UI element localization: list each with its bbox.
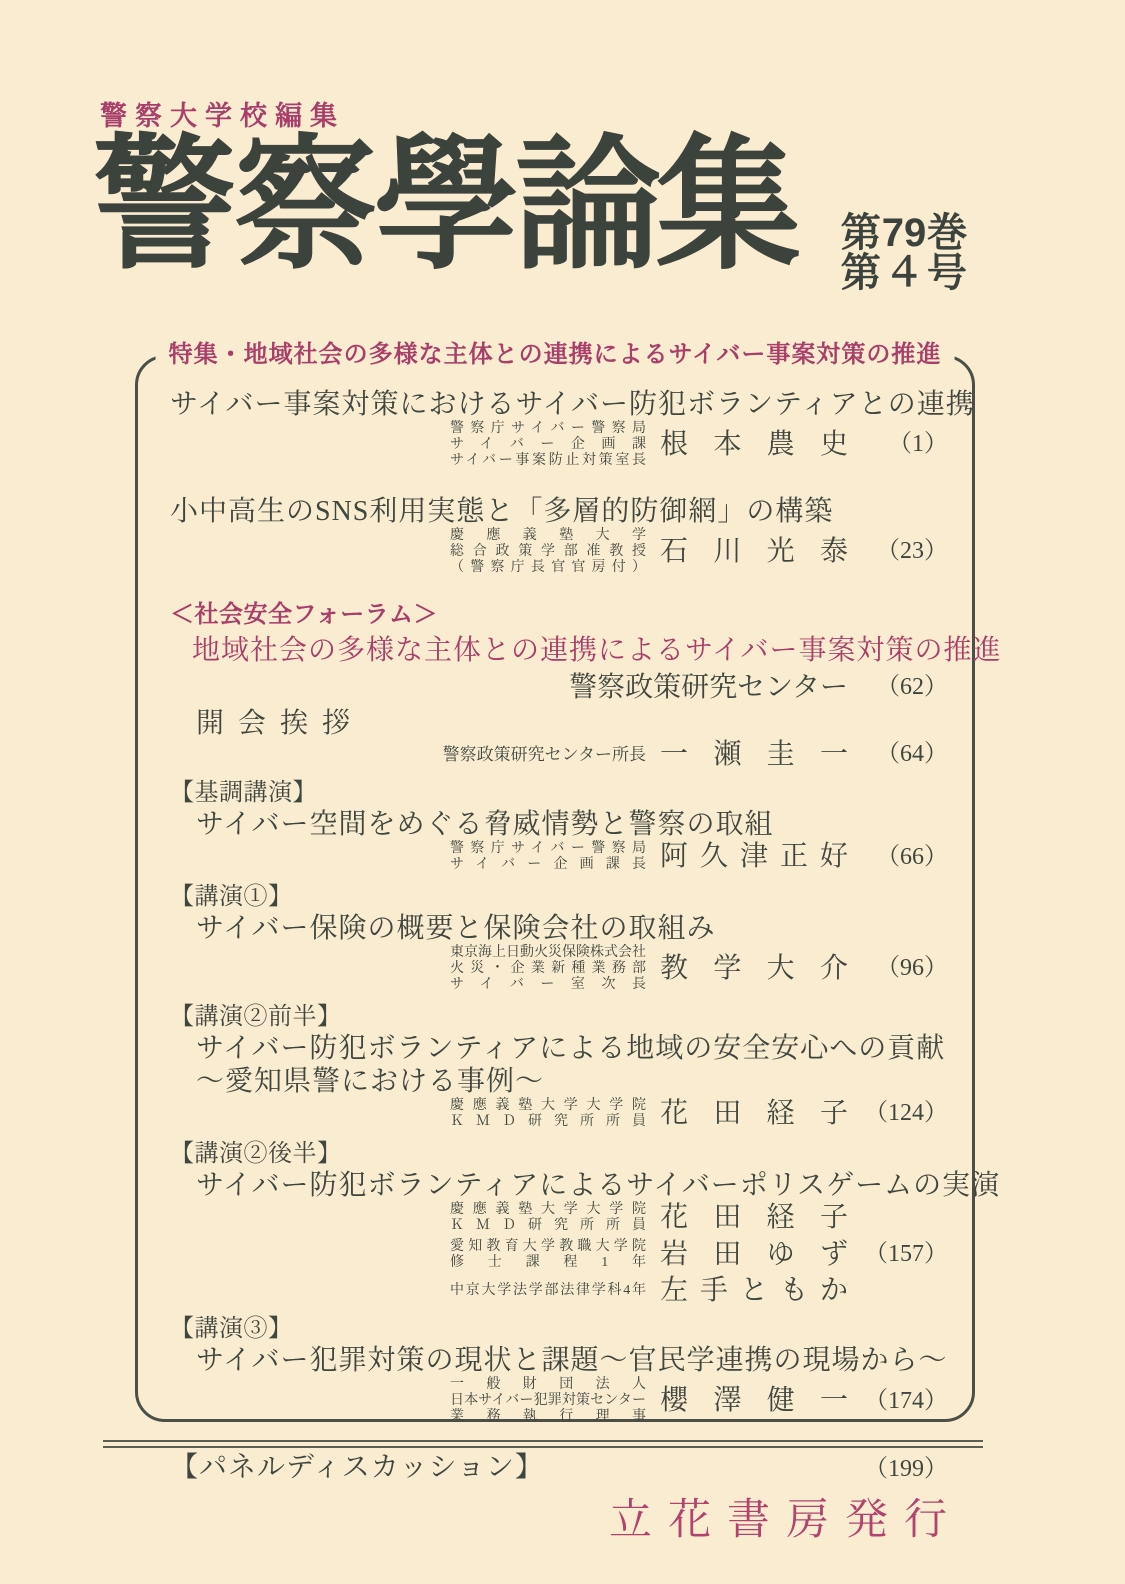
speaker-row: 一般財団法人 日本サイバー犯罪対策センター 業務執行理事 櫻澤健一 （174） — [170, 1377, 948, 1425]
speaker-name: 花田経子 — [660, 1099, 848, 1128]
speaker-affiliation: 一般財団法人 日本サイバー犯罪対策センター 業務執行理事 — [450, 1377, 646, 1425]
session-label: 【講演②後半】 — [170, 1139, 948, 1169]
affiliation-line: サイバー企画課長 — [450, 857, 646, 873]
journal-title: 警察學論集 — [92, 128, 797, 288]
affiliation-line: 一般財団法人 — [450, 1377, 646, 1393]
page-number: （62） — [862, 675, 948, 700]
affiliation-line: 慶應義塾大学大学院 — [450, 1098, 646, 1114]
author-name: 一瀬圭一 — [660, 740, 848, 769]
speaker-affiliation: 慶應義塾大学大学院 ＫＭＤ研究所所員 — [450, 1098, 646, 1130]
speaker-affiliation: 警察庁サイバー警察局 サイバー企画課長 — [450, 841, 646, 873]
affiliation-line: ＫＭＤ研究所所員 — [450, 1114, 646, 1130]
speaker-row: 東京海上日動火災保険株式会社 火災・企業新種業務部 サイバー室次長 教学大介 （… — [170, 945, 948, 993]
toc-box: 特集・地域社会の多様な主体との連携によるサイバー事案対策の推進 サイバー事案対策… — [135, 355, 975, 1422]
affiliation-line: 業務執行理事 — [450, 1409, 646, 1425]
article-title-1: サイバー事案対策におけるサイバー防犯ボランティアとの連携 — [170, 388, 948, 421]
affiliation-line: 修士課程1年 — [450, 1255, 646, 1271]
affiliation-line: 慶應義塾大学 — [450, 528, 646, 544]
affiliation-line: 火災・企業新種業務部 — [450, 961, 646, 977]
author-name: 石川光泰 — [660, 537, 848, 566]
page-number: （96） — [862, 956, 948, 981]
opening-author-row: 警察政策研究センター所長 一瀬圭一 （64） — [170, 740, 948, 769]
speaker-name: 阿久津正好 — [660, 842, 848, 871]
speaker-row: 慶應義塾大学大学院 ＫＭＤ研究所所員 花田経子 （124） — [170, 1098, 948, 1130]
issue-label: 第４号 — [841, 253, 967, 293]
page-number: （66） — [862, 845, 948, 870]
affiliation-line: （警察庁長官官房付） — [450, 560, 646, 576]
opening-affiliation: 警察政策研究センター所長 — [443, 745, 646, 764]
speaker-row: 警察庁サイバー警察局 サイバー企画課長 阿久津正好 （66） — [170, 841, 948, 873]
author-name: 根本農史 — [660, 430, 848, 459]
affiliation-line: 東京海上日動火災保険株式会社 — [450, 945, 646, 961]
session-label: 【講演②前半】 — [170, 1002, 948, 1032]
affiliation-line: 愛知教育大学教職大学院 — [450, 1239, 646, 1255]
magazine-cover: { "colors": { "background": "#faecd0", "… — [0, 0, 1125, 1584]
panel-discussion-label: 【パネルディスカッション】 — [170, 1445, 544, 1485]
volume-issue-block: 第79巻 第４号 — [841, 213, 967, 293]
article-2-affiliation: 慶應義塾大学 総合政策学部准教授 （警察庁長官官房付） — [450, 528, 646, 576]
volume-label: 第79巻 — [841, 213, 967, 253]
affiliation-line: 警察庁サイバー警察局 — [450, 841, 646, 857]
panel-discussion-row: 【パネルディスカッション】 （199） — [170, 1445, 948, 1485]
affiliation-line: サイバー室次長 — [450, 977, 646, 993]
speaker-row: 愛知教育大学教職大学院 修士課程1年 岩田ゆず （157） — [170, 1239, 948, 1271]
session-label: 【基調講演】 — [170, 778, 948, 808]
speaker-affiliation: 愛知教育大学教職大学院 修士課程1年 — [450, 1239, 646, 1271]
affiliation-line: ＫＭＤ研究所所員 — [450, 1218, 646, 1234]
page-number: （157） — [862, 1242, 948, 1267]
session-title: サイバー防犯ボランティアによるサイバーポリスゲームの実演 — [170, 1169, 948, 1202]
session-title-line-2: ～愛知県警における事例～ — [170, 1065, 948, 1098]
page-number: （124） — [862, 1101, 948, 1126]
session-title: サイバー犯罪対策の現状と課題～官民学連携の現場から～ — [170, 1344, 948, 1377]
speaker-name: 櫻澤健一 — [660, 1386, 848, 1415]
page-number: （64） — [862, 742, 948, 767]
session-label: 【講演①】 — [170, 882, 948, 912]
special-feature-title: 特集・地域社会の多様な主体との連携によるサイバー事案対策の推進 — [156, 339, 955, 373]
opening-title: 開会挨拶 — [170, 707, 948, 740]
article-title-2: 小中高生のSNS利用実態と「多層的防御網」の構築 — [170, 495, 948, 528]
page-number: （1） — [862, 432, 948, 457]
organizer-name: 警察政策研究センター — [569, 673, 848, 702]
article-2-author-row: 慶應義塾大学 総合政策学部准教授 （警察庁長官官房付） 石川光泰 （23） — [170, 528, 948, 576]
session-title: サイバー防犯ボランティアによる地域の安全安心への貢献 — [170, 1032, 948, 1065]
affiliation-line: 日本サイバー犯罪対策センター — [450, 1393, 646, 1409]
divider-double-rule — [103, 1440, 983, 1448]
session-title: サイバー空間をめぐる脅威情勢と警察の取組 — [170, 808, 948, 841]
affiliation-line: サイバー事案防止対策室長 — [450, 453, 646, 469]
page-number: （23） — [862, 539, 948, 564]
forum-organizer-row: 警察政策研究センター （62） — [170, 673, 948, 702]
article-1-affiliation: 警察庁サイバー警察局 サイバー企画課 サイバー事案防止対策室長 — [450, 421, 646, 469]
speaker-name: 左手ともか — [660, 1276, 848, 1305]
toc-content: サイバー事案対策におけるサイバー防犯ボランティアとの連携 警察庁サイバー警察局 … — [138, 358, 972, 1419]
session-label: 【講演③】 — [170, 1314, 948, 1344]
speaker-affiliation: 中京大学法学部法律学科4年 — [450, 1283, 646, 1299]
speaker-affiliation: 慶應義塾大学大学院 ＫＭＤ研究所所員 — [450, 1202, 646, 1234]
speaker-name: 花田経子 — [660, 1203, 848, 1232]
session-title: サイバー保険の概要と保険会社の取組み — [170, 912, 948, 945]
article-1-author-row: 警察庁サイバー警察局 サイバー企画課 サイバー事案防止対策室長 根本農史 （1） — [170, 421, 948, 469]
affiliation-line: 中京大学法学部法律学科4年 — [450, 1283, 646, 1299]
page-number: （199） — [864, 1448, 948, 1483]
affiliation-line: 警察庁サイバー警察局 — [450, 421, 646, 437]
affiliation-line: 慶應義塾大学大学院 — [450, 1202, 646, 1218]
speaker-name: 岩田ゆず — [660, 1240, 848, 1269]
speaker-affiliation: 東京海上日動火災保険株式会社 火災・企業新種業務部 サイバー室次長 — [450, 945, 646, 993]
affiliation-line: サイバー企画課 — [450, 437, 646, 453]
speaker-name: 教学大介 — [660, 954, 848, 983]
page-number: （174） — [862, 1389, 948, 1414]
forum-subtitle: 地域社会の多様な主体との連携によるサイバー事案対策の推進 — [170, 634, 948, 668]
forum-section-label: ＜社会安全フォーラム＞ — [170, 600, 948, 630]
publisher-label: 立花書房発行 — [609, 1486, 963, 1547]
affiliation-line: 警察政策研究センター所長 — [443, 745, 646, 764]
speaker-row: 慶應義塾大学大学院 ＫＭＤ研究所所員 花田経子 — [170, 1202, 948, 1234]
affiliation-line: 総合政策学部准教授 — [450, 544, 646, 560]
speaker-row: 中京大学法学部法律学科4年 左手ともか — [170, 1276, 948, 1305]
